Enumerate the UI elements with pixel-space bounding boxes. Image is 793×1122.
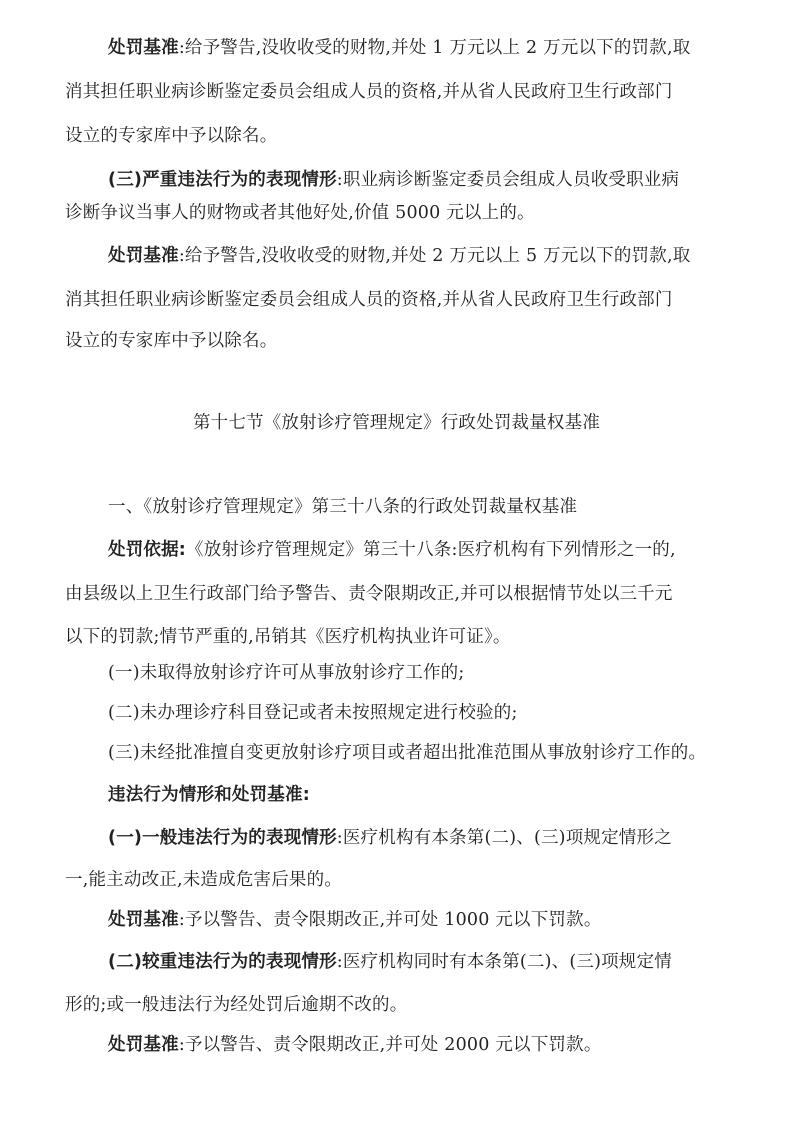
label-penalty-standard: 处罚基准 [108, 910, 179, 930]
paragraph-case-line: (三)严重违法行为的表现情形:职业病诊断鉴定委员会组成人员收受职业病 [108, 169, 679, 191]
label-serious-case: (二)较重违法行为的表现情形 [108, 952, 337, 972]
label-general-case: (一)一般违法行为的表现情形 [108, 828, 337, 848]
label-penalty-basis: 处罚依据: [108, 540, 186, 560]
paragraph-case-line: (一)一般违法行为的表现情形:医疗机构有本条第(二)、(三)项规定情形之 [108, 827, 672, 849]
paragraph-line: 由县级以上卫生行政部门给予警告、责令限期改正,并可以根据情节处以三千元 [65, 583, 673, 605]
label-penalty-standard: 处罚基准 [108, 1035, 179, 1055]
paragraph-line: 消其担任职业病诊断鉴定委员会组成人员的资格,并从省人民政府卫生行政部门 [65, 81, 673, 103]
paragraph-line: 一,能主动改正,未造成危害后果的。 [65, 869, 342, 891]
paragraph-basis-line: 处罚依据:《放射诊疗管理规定》第三十八条:医疗机构有下列情形之一的, [108, 539, 676, 561]
paragraph-line: 设立的专家库中予以除名。 [65, 330, 277, 352]
paragraph-line: 消其担任职业病诊断鉴定委员会组成人员的资格,并从省人民政府卫生行政部门 [65, 289, 673, 311]
section-title: 第十七节《放射诊疗管理规定》行政处罚裁量权基准 [0, 412, 793, 434]
list-item: (一)未取得放射诊疗许可从事放射诊疗工作的; [108, 662, 464, 684]
criteria-heading: 违法行为情形和处罚基准: [108, 784, 310, 806]
list-item: (二)未办理诊疗科目登记或者未按照规定进行校验的; [108, 702, 518, 724]
label-serious-case: (三)严重违法行为的表现情形 [108, 170, 337, 190]
paragraph-line: 形的;或一般违法行为经处罚后逾期不改的。 [65, 994, 407, 1016]
paragraph-penalty-line: 处罚基准:予以警告、责令限期改正,并可处 2000 元以下罚款。 [108, 1034, 602, 1056]
paragraph-penalty-line: 处罚基准:给予警告,没收收受的财物,并处 2 万元以上 5 万元以下的罚款,取 [108, 245, 690, 267]
label-penalty-standard: 处罚基准 [108, 246, 179, 266]
paragraph-penalty-line: 处罚基准:给予警告,没收收受的财物,并处 1 万元以上 2 万元以下的罚款,取 [108, 37, 690, 59]
paragraph-penalty-line: 处罚基准:予以警告、责令限期改正,并可处 1000 元以下罚款。 [108, 909, 602, 931]
label-penalty-standard: 处罚基准 [108, 38, 179, 58]
paragraph-line: 设立的专家库中予以除名。 [65, 125, 277, 147]
subsection-title: 一、《放射诊疗管理规定》第三十八条的行政处罚裁量权基准 [108, 496, 577, 518]
paragraph-line: 以下的罚款;情节严重的,吊销其《医疗机构执业许可证》。 [65, 626, 511, 648]
list-item: (三)未经批准擅自变更放射诊疗项目或者超出批准范围从事放射诊疗工作的。 [108, 742, 706, 764]
paragraph-line: 诊断争议当事人的财物或者其他好处,价值 5000 元以上的。 [65, 202, 535, 224]
paragraph-case-line: (二)较重违法行为的表现情形:医疗机构同时有本条第(二)、(三)项规定情 [108, 951, 672, 973]
